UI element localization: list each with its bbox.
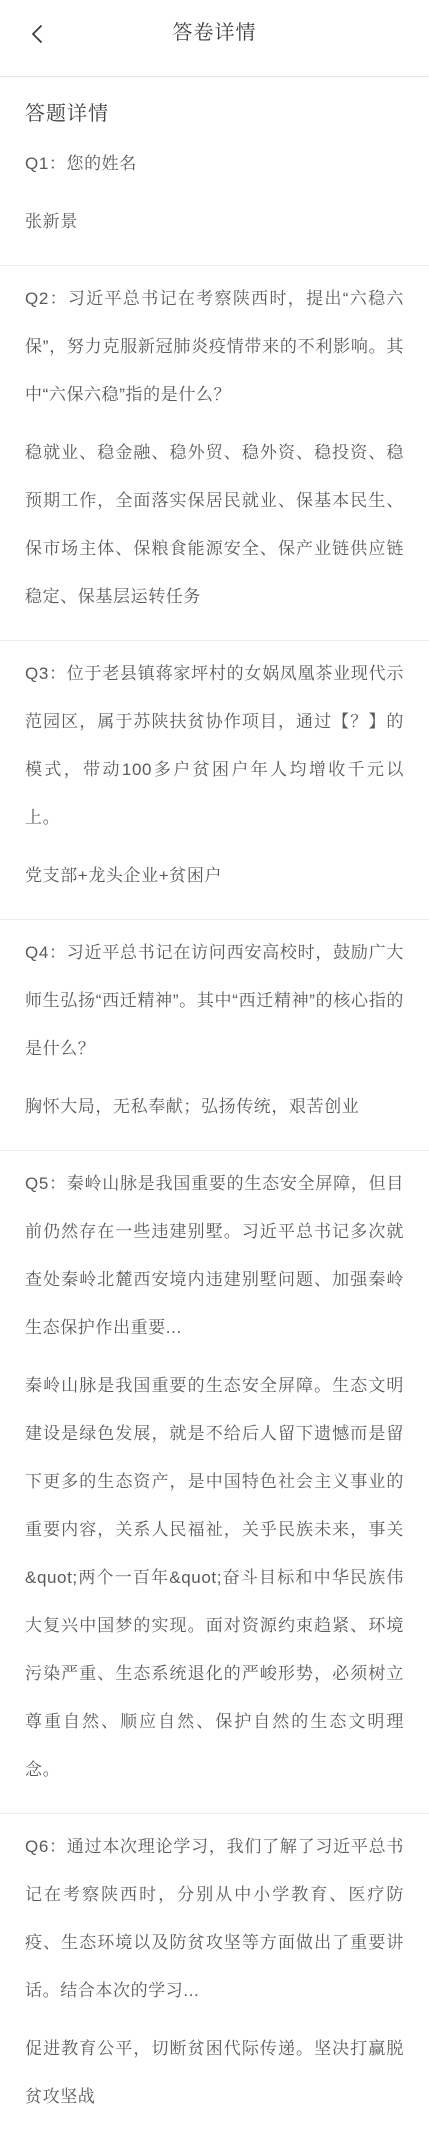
qa-item-5: Q5：秦岭山脉是我国重要的生态安全屏障，但目前仍然存在一些违建别墅。习近平总书记…: [0, 1151, 429, 1814]
qa-item-6: Q6：通过本次理论学习，我们了解了习近平总书记在考察陕西时，分别从中小学教育、医…: [0, 1814, 429, 2140]
qa-item-2: Q2：习近平总书记在考察陕西时，提出“六稳六保”，努力克服新冠肺炎疫情带来的不利…: [0, 266, 429, 641]
answer-text: 秦岭山脉是我国重要的生态安全屏障。生态文明建设是绿色发展，就是不给后人留下遗憾而…: [25, 1362, 404, 1794]
question-text: Q4：习近平总书记在访问西安高校时，鼓励广大师生弘扬“西迁精神”。其中“西迁精神…: [25, 929, 404, 1073]
answer-text: 稳就业、稳金融、稳外贸、稳外资、稳投资、稳预期工作，全面落实保居民就业、保基本民…: [25, 429, 404, 621]
question-text: Q3：位于老县镇蒋家坪村的女娲凤凰茶业现代示范园区，属于苏陕扶贫协作项目，通过【…: [25, 650, 404, 842]
question-text: Q2：习近平总书记在考察陕西时，提出“六稳六保”，努力克服新冠肺炎疫情带来的不利…: [25, 275, 404, 419]
answer-text: 胸怀大局，无私奉献；弘扬传统，艰苦创业: [25, 1083, 404, 1131]
answer-text: 促进教育公平，切断贫困代际传递。坚决打赢脱贫攻坚战: [25, 2025, 404, 2121]
answer-text: 张新景: [25, 198, 404, 246]
page-title: 答卷详情: [0, 0, 429, 66]
answer-detail-panel: 答题详情 Q1：您的姓名 张新景 Q2：习近平总书记在考察陕西时，提出“六稳六保…: [0, 77, 429, 2140]
question-text: Q1：您的姓名: [25, 140, 404, 188]
question-text: Q5：秦岭山脉是我国重要的生态安全屏障，但目前仍然存在一些违建别墅。习近平总书记…: [25, 1160, 404, 1352]
qa-item-3: Q3：位于老县镇蒋家坪村的女娲凤凰茶业现代示范园区，属于苏陕扶贫协作项目，通过【…: [0, 641, 429, 920]
qa-item-4: Q4：习近平总书记在访问西安高校时，鼓励广大师生弘扬“西迁精神”。其中“西迁精神…: [0, 920, 429, 1151]
question-text: Q6：通过本次理论学习，我们了解了习近平总书记在考察陕西时，分别从中小学教育、医…: [25, 1823, 404, 2015]
answer-text: 党支部+龙头企业+贫困户: [25, 852, 404, 900]
qa-item-1: Q1：您的姓名 张新景: [0, 131, 429, 266]
navbar: 答卷详情: [0, 0, 429, 77]
section-title: 答题详情: [0, 77, 429, 131]
